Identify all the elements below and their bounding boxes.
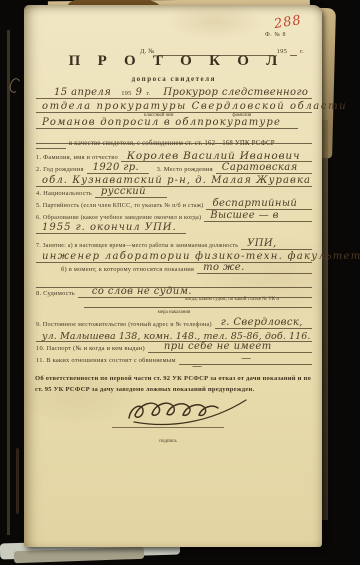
capacity-text: в качестве свидетеля, с соблюдением ст. … <box>69 141 275 149</box>
hw-education-2: 1955 г. окончил УПИ. <box>36 223 186 234</box>
conviction-caption2-row: мера наказания <box>36 309 312 315</box>
relation-dash-2-row: — <box>36 362 312 372</box>
printed-year: 195 <box>121 91 131 99</box>
protocol-subtitle: допроса свидетеля <box>24 75 322 83</box>
signature-caption: подпись <box>159 439 176 444</box>
document-scan: 288 Ф. № 8 Д. № 195 г. П Р О Т О К О Л д… <box>0 0 360 565</box>
page-left-edge-line <box>7 30 10 535</box>
protocol-title: П Р О Т О К О Л <box>24 53 322 70</box>
printed-g: г. <box>146 91 150 99</box>
signature-caption-wrap: подпись <box>112 429 224 447</box>
witness-signature <box>122 391 256 431</box>
capacity-line: в качестве свидетеля, с соблюдением ст. … <box>36 136 312 149</box>
signature-line <box>112 427 224 428</box>
intro-line-2: отдела прокуратуры Свердловской области <box>36 99 312 113</box>
form-number: Ф. № 8 <box>265 32 286 38</box>
hw-interrogator-1: Прокурор следственного <box>157 88 312 98</box>
conviction-caption-2: мера наказания <box>158 310 191 315</box>
red-page-number: 288 <box>273 13 303 32</box>
hw-relation-dash-2: — <box>186 362 206 372</box>
field-education-cont: 1955 г. окончил УПИ. <box>36 221 312 234</box>
hw-interrogator-3: Романов допросил в облпрокуратуре <box>36 118 285 128</box>
hw-year: 9 <box>135 88 144 98</box>
protocol-page: 288 Ф. № 8 Д. № 195 г. П Р О Т О К О Л д… <box>24 5 322 547</box>
occupation-b-label: б) в момент, к которому относятся показа… <box>61 267 194 275</box>
intro-line-3: Романов допросил в облпрокуратуре <box>36 115 298 129</box>
binding-thread-mark <box>16 448 19 514</box>
intro-line-1: 15 апреля 195 9 г. Прокурор следственног… <box>36 85 312 99</box>
field-occupation-b: б) в момент, к которому относятся показа… <box>36 261 312 274</box>
page-corner-curl <box>8 77 22 94</box>
hw-occupation-b: то же. <box>197 263 312 274</box>
hw-interrogator-2: отдела прокуратуры Свердловской области <box>36 102 351 112</box>
hw-date: 15 апреля <box>48 88 115 98</box>
blank-ruled-line-3 <box>84 299 312 308</box>
